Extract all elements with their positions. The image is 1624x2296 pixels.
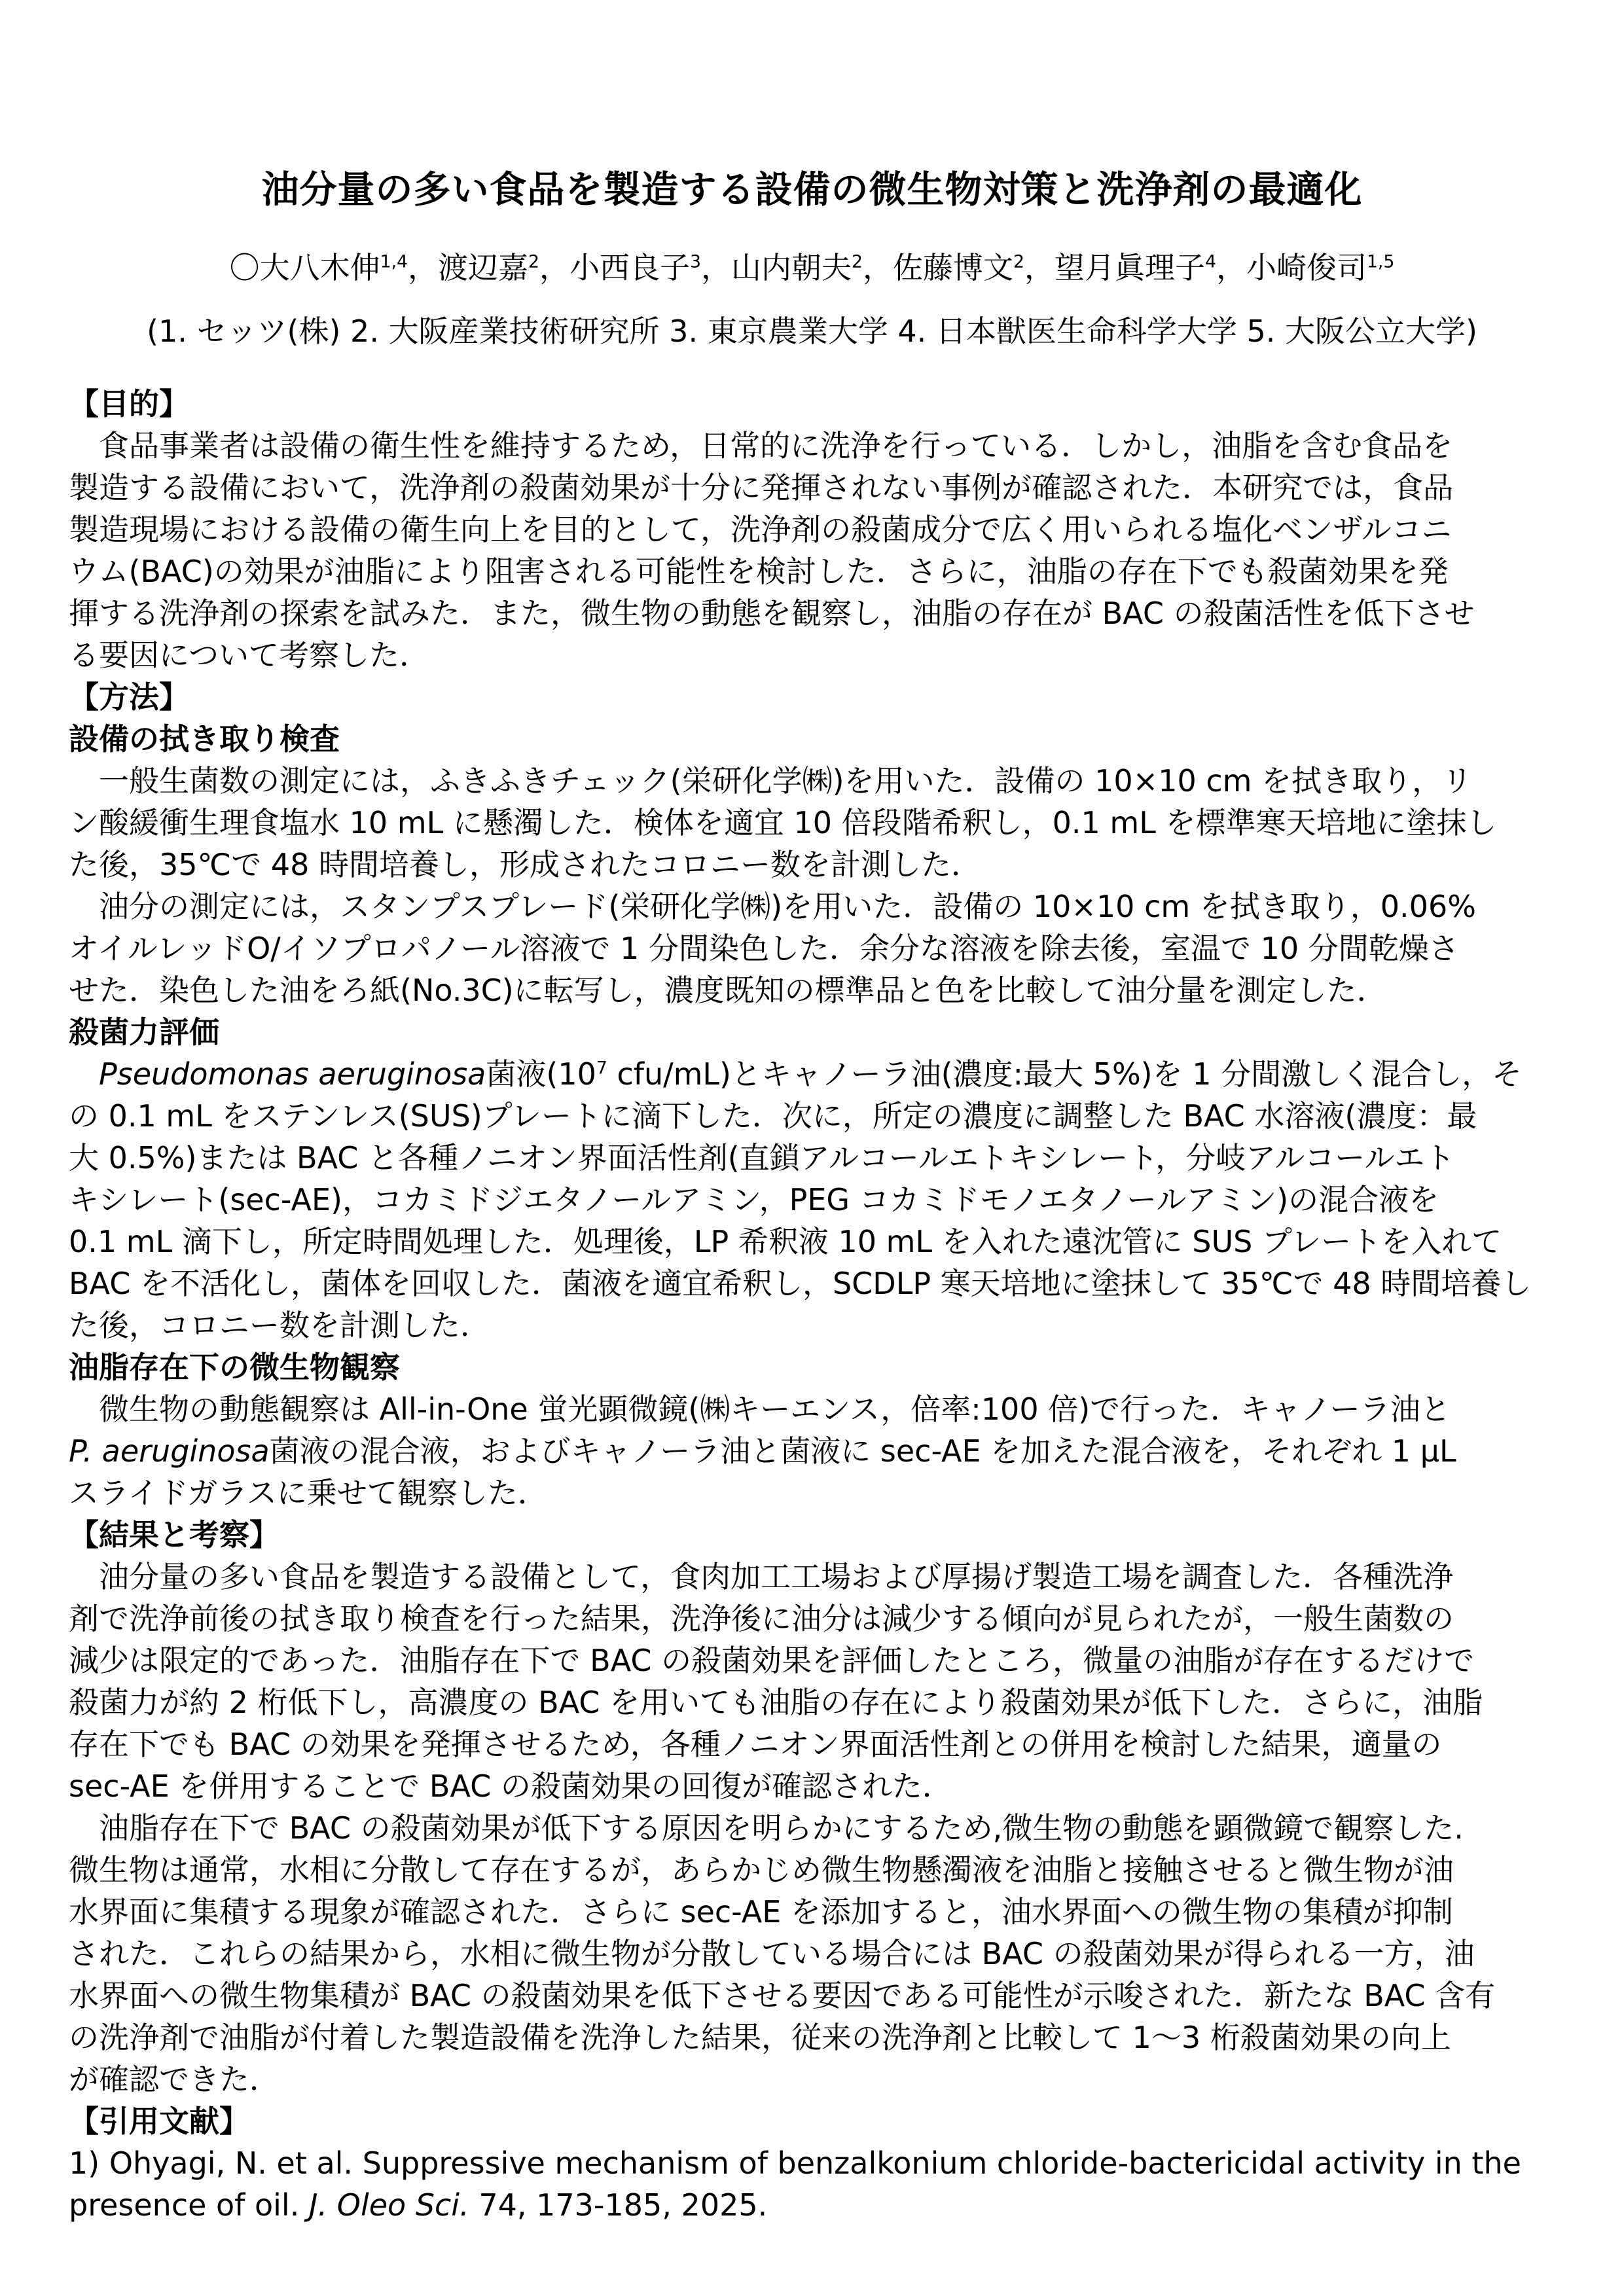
- text-run: ン酸緩衝生理食塩水 10 mL に懸濁した．検体を適宜 10 倍段階希釈し，0.…: [69, 805, 1496, 840]
- authors-line: 〇大八木伸1,4，渡辺嘉2，小西良子3，山内朝夫2，佐藤博文2，望月眞理子4，小…: [69, 250, 1555, 286]
- text-line: 食品事業者は設備の衛生性を維持するため，日常的に洗浄を行っている．しかし，油脂を…: [69, 425, 1555, 467]
- abstract-page: 油分量の多い食品を製造する設備の微生物対策と洗浄剤の最適化 〇大八木伸1,4，渡…: [0, 0, 1624, 2296]
- text-run: 【目的】: [69, 386, 189, 422]
- text-run: ，渡辺嘉: [408, 250, 528, 285]
- text-run: 2: [1013, 252, 1024, 272]
- text-line: 殺菌力が約 2 桁低下し，高濃度の BAC を用いても油脂の存在により殺菌効果が…: [69, 1681, 1555, 1723]
- text-line: 油分量の多い食品を製造する設備として，食肉加工工場および厚揚げ製造工場を調査した…: [69, 1556, 1555, 1598]
- text-run: 油脂存在下の微生物観察: [69, 1350, 400, 1385]
- text-run: 【方法】: [69, 679, 189, 715]
- text-run: キシレート(sec-AE)，コカミドジエタノールアミン，PEG コカミドモノエタ…: [69, 1182, 1439, 1217]
- text-run: 2: [852, 252, 863, 272]
- text-line: P. aeruginosa菌液の混合液，およびキャノーラ油と菌液に sec-AE…: [69, 1430, 1555, 1472]
- text-run: 菌液(10: [486, 1056, 596, 1092]
- affiliations-line: (1. セッツ(株) 2. 大阪産業技術研究所 3. 東京農業大学 4. 日本獣…: [69, 314, 1555, 350]
- document-lines: 【目的】 食品事業者は設備の衛生性を維持するため，日常的に洗浄を行っている．しか…: [69, 383, 1555, 2226]
- text-run: 食品事業者は設備の衛生性を維持するため，日常的に洗浄を行っている．しかし，油脂を…: [69, 428, 1453, 463]
- text-run: の洗浄剤で油脂が付着した製造設備を洗浄した結果，従来の洗浄剤と比較して 1～3 …: [69, 2020, 1451, 2055]
- text-line: 製造する設備において，洗浄剤の殺菌効果が十分に発揮されない事例が確認された．本研…: [69, 467, 1555, 509]
- text-run: 4: [1205, 252, 1216, 272]
- text-line: た後，コロニー数を計測した．: [69, 1304, 1555, 1346]
- text-line: た後，35℃で 48 時間培養し，形成されたコロニー数を計測した．: [69, 844, 1555, 886]
- text-run: 微生物の動態観察は All-in-One 蛍光顕微鏡(㈱キーエンス，倍率:100…: [69, 1391, 1451, 1427]
- text-run: 〇大八木伸: [230, 250, 380, 285]
- text-run: 減少は限定的であった．油脂存在下で BAC の殺菌効果を評価したところ，微量の油…: [69, 1643, 1474, 1678]
- text-line: 1) Ohyagi, N. et al. Suppressive mechani…: [69, 2142, 1555, 2184]
- text-run: の 0.1 mL をステンレス(SUS)プレートに滴下した．次に，所定の濃度に調…: [69, 1098, 1477, 1134]
- text-run: 製造する設備において，洗浄剤の殺菌効果が十分に発揮されない事例が確認された．本研…: [69, 470, 1453, 505]
- text-run: 7: [596, 1058, 607, 1078]
- text-run: 水界面に集積する現象が確認された．さらに sec-AE を添加すると，油水界面へ…: [69, 1894, 1453, 1929]
- text-run: 1) Ohyagi, N. et al. Suppressive mechani…: [69, 2145, 1521, 2181]
- text-run: BAC を不活化し，菌体を回収した．菌液を適宜希釈し，SCDLP 寒天培地に塗抹…: [69, 1266, 1531, 1301]
- text-run: 【引用文献】: [69, 2104, 249, 2139]
- text-run: 1,5: [1367, 252, 1394, 272]
- text-run: presence of oil.: [69, 2187, 309, 2223]
- text-line: sec-AE を併用することで BAC の殺菌効果の回復が確認された．: [69, 1765, 1555, 1807]
- text-line: 剤で洗浄前後の拭き取り検査を行った結果，洗浄後に油分は減少する傾向が見られたが，…: [69, 1598, 1555, 1640]
- section-heading: 【引用文献】: [69, 2100, 1555, 2142]
- text-line: 水界面への微生物集積が BAC の殺菌効果を低下させる要因である可能性が示唆され…: [69, 1975, 1555, 2017]
- text-line: 0.1 mL 滴下し，所定時間処理した．処理後，LP 希釈液 10 mL を入れ…: [69, 1221, 1555, 1263]
- text-line: 一般生菌数の測定には，ふきふきチェック(栄研化学㈱)を用いた．設備の 10×10…: [69, 760, 1555, 802]
- text-run: cfu/mL)とキャノーラ油(濃度:最大 5%)を 1 分間激しく混合し，そ: [607, 1056, 1522, 1092]
- sub-heading: 設備の拭き取り検査: [69, 718, 1555, 760]
- text-line: 製造現場における設備の衛生向上を目的として，洗浄剤の殺菌成分で広く用いられる塩化…: [69, 509, 1555, 550]
- text-run: ，小西良子: [539, 250, 690, 285]
- text-line: ン酸緩衝生理食塩水 10 mL に懸濁した．検体を適宜 10 倍段階希釈し，0.…: [69, 802, 1555, 844]
- text-run: 殺菌力評価: [69, 1014, 219, 1050]
- paper-title: 油分量の多い食品を製造する設備の微生物対策と洗浄剤の最適化: [69, 167, 1555, 213]
- text-run: P. aeruginosa: [69, 1433, 270, 1469]
- text-run: スライドガラスに乗せて観察した．: [69, 1475, 548, 1511]
- section-heading: 【方法】: [69, 676, 1555, 718]
- text-line: る要因について考察した．: [69, 634, 1555, 676]
- text-line: 存在下でも BAC の効果を発揮させるため，各種ノニオン界面活性剤との併用を検討…: [69, 1723, 1555, 1765]
- text-run: [69, 1056, 99, 1092]
- text-line: 微生物の動態観察は All-in-One 蛍光顕微鏡(㈱キーエンス，倍率:100…: [69, 1388, 1555, 1430]
- text-run: 存在下でも BAC の効果を発揮させるため，各種ノニオン界面活性剤との併用を検討…: [69, 1727, 1441, 1762]
- text-line: Pseudomonas aeruginosa菌液(107 cfu/mL)とキャノ…: [69, 1053, 1555, 1095]
- text-run: 菌液の混合液，およびキャノーラ油と菌液に sec-AE を加えた混合液を，それぞ…: [270, 1433, 1456, 1469]
- text-run: せた．染色した油をろ紙(No.3C)に転写し，濃度既知の標準品と色を比較して油分…: [69, 973, 1387, 1008]
- text-line: 油分の測定には，スタンプスプレード(栄研化学㈱)を用いた．設備の 10×10 c…: [69, 886, 1555, 927]
- text-run: sec-AE を併用することで BAC の殺菌効果の回復が確認された．: [69, 1768, 952, 1804]
- text-run: 剤で洗浄前後の拭き取り検査を行った結果，洗浄後に油分は減少する傾向が見られたが，…: [69, 1601, 1454, 1636]
- text-line: の 0.1 mL をステンレス(SUS)プレートに滴下した．次に，所定の濃度に調…: [69, 1095, 1555, 1137]
- text-run: 油分量の多い食品を製造する設備として，食肉加工工場および厚揚げ製造工場を調査した…: [69, 1559, 1453, 1594]
- text-run: る要因について考察した．: [69, 637, 429, 673]
- text-run: ，山内朝夫: [701, 250, 852, 285]
- text-run: 微生物は通常，水相に分散して存在するが，あらかじめ微生物懸濁液を油脂と接触させる…: [69, 1852, 1454, 1888]
- text-run: た後，コロニー数を計測した．: [69, 1308, 490, 1343]
- text-line: が確認できた．: [69, 2058, 1555, 2100]
- text-run: ウム(BAC)の効果が油脂により阻害される可能性を検討した．さらに，油脂の存在下…: [69, 554, 1449, 589]
- text-line: 油脂存在下で BAC の殺菌効果が低下する原因を明らかにするため,微生物の動態を…: [69, 1807, 1555, 1849]
- section-heading: 【結果と考察】: [69, 1514, 1555, 1556]
- text-run: オイルレッドO/イソプロパノール溶液で 1 分間染色した．余分な溶液を除去後，室…: [69, 931, 1459, 966]
- text-line: ウム(BAC)の効果が油脂により阻害される可能性を検討した．さらに，油脂の存在下…: [69, 550, 1555, 592]
- text-line: 減少は限定的であった．油脂存在下で BAC の殺菌効果を評価したところ，微量の油…: [69, 1640, 1555, 1681]
- text-run: ，小崎俊司: [1216, 250, 1367, 285]
- text-run: 揮する洗浄剤の探索を試みた．また，微生物の動態を観察し，油脂の存在が BAC の…: [69, 596, 1475, 631]
- section-heading: 【目的】: [69, 383, 1555, 425]
- text-run: 製造現場における設備の衛生向上を目的として，洗浄剤の殺菌成分で広く用いられる塩化…: [69, 512, 1452, 547]
- text-run: 水界面への微生物集積が BAC の殺菌効果を低下させる要因である可能性が示唆され…: [69, 1978, 1495, 2013]
- text-line: された．これらの結果から，水相に微生物が分散している場合には BAC の殺菌効果…: [69, 1933, 1555, 1975]
- text-run: Pseudomonas aeruginosa: [99, 1056, 486, 1092]
- text-run: 0.1 mL 滴下し，所定時間処理した．処理後，LP 希釈液 10 mL を入れ…: [69, 1224, 1502, 1259]
- text-run: 油脂存在下で BAC の殺菌効果が低下する原因を明らかにするため,微生物の動態を…: [69, 1810, 1464, 1846]
- text-run: ，佐藤博文: [863, 250, 1013, 285]
- text-run: J. Oleo Sci.: [309, 2187, 469, 2223]
- text-line: presence of oil. J. Oleo Sci. 74, 173-18…: [69, 2184, 1555, 2226]
- text-line: 揮する洗浄剤の探索を試みた．また，微生物の動態を観察し，油脂の存在が BAC の…: [69, 592, 1555, 634]
- text-run: された．これらの結果から，水相に微生物が分散している場合には BAC の殺菌効果…: [69, 1936, 1475, 1971]
- text-line: の洗浄剤で油脂が付着した製造設備を洗浄した結果，従来の洗浄剤と比較して 1～3 …: [69, 2017, 1555, 2058]
- text-line: 微生物は通常，水相に分散して存在するが，あらかじめ微生物懸濁液を油脂と接触させる…: [69, 1849, 1555, 1891]
- sub-heading: 油脂存在下の微生物観察: [69, 1346, 1555, 1388]
- text-run: 設備の拭き取り検査: [69, 721, 340, 757]
- text-run: 【結果と考察】: [69, 1517, 280, 1552]
- text-run: 2: [528, 252, 539, 272]
- text-run: が確認できた．: [69, 2062, 280, 2097]
- text-run: 1,4: [380, 252, 408, 272]
- text-run: 大 0.5%)または BAC と各種ノニオン界面活性剤(直鎖アルコールエトキシレ…: [69, 1140, 1454, 1175]
- text-run: 3: [690, 252, 701, 272]
- text-run: た後，35℃で 48 時間培養し，形成されたコロニー数を計測した．: [69, 847, 981, 882]
- text-run: 一般生菌数の測定には，ふきふきチェック(栄研化学㈱)を用いた．設備の 10×10…: [69, 763, 1472, 798]
- text-line: オイルレッドO/イソプロパノール溶液で 1 分間染色した．余分な溶液を除去後，室…: [69, 927, 1555, 969]
- text-run: 油分の測定には，スタンプスプレード(栄研化学㈱)を用いた．設備の 10×10 c…: [69, 889, 1476, 924]
- text-line: せた．染色した油をろ紙(No.3C)に転写し，濃度既知の標準品と色を比較して油分…: [69, 969, 1555, 1011]
- text-run: 殺菌力が約 2 桁低下し，高濃度の BAC を用いても油脂の存在により殺菌効果が…: [69, 1685, 1483, 1720]
- text-run: 74, 173-185, 2025.: [469, 2187, 768, 2223]
- text-line: 大 0.5%)または BAC と各種ノニオン界面活性剤(直鎖アルコールエトキシレ…: [69, 1137, 1555, 1179]
- text-line: キシレート(sec-AE)，コカミドジエタノールアミン，PEG コカミドモノエタ…: [69, 1179, 1555, 1221]
- sub-heading: 殺菌力評価: [69, 1011, 1555, 1053]
- text-line: 水界面に集積する現象が確認された．さらに sec-AE を添加すると，油水界面へ…: [69, 1891, 1555, 1933]
- text-line: BAC を不活化し，菌体を回収した．菌液を適宜希釈し，SCDLP 寒天培地に塗抹…: [69, 1263, 1555, 1304]
- text-line: スライドガラスに乗せて観察した．: [69, 1472, 1555, 1514]
- text-run: ，望月眞理子: [1024, 250, 1205, 285]
